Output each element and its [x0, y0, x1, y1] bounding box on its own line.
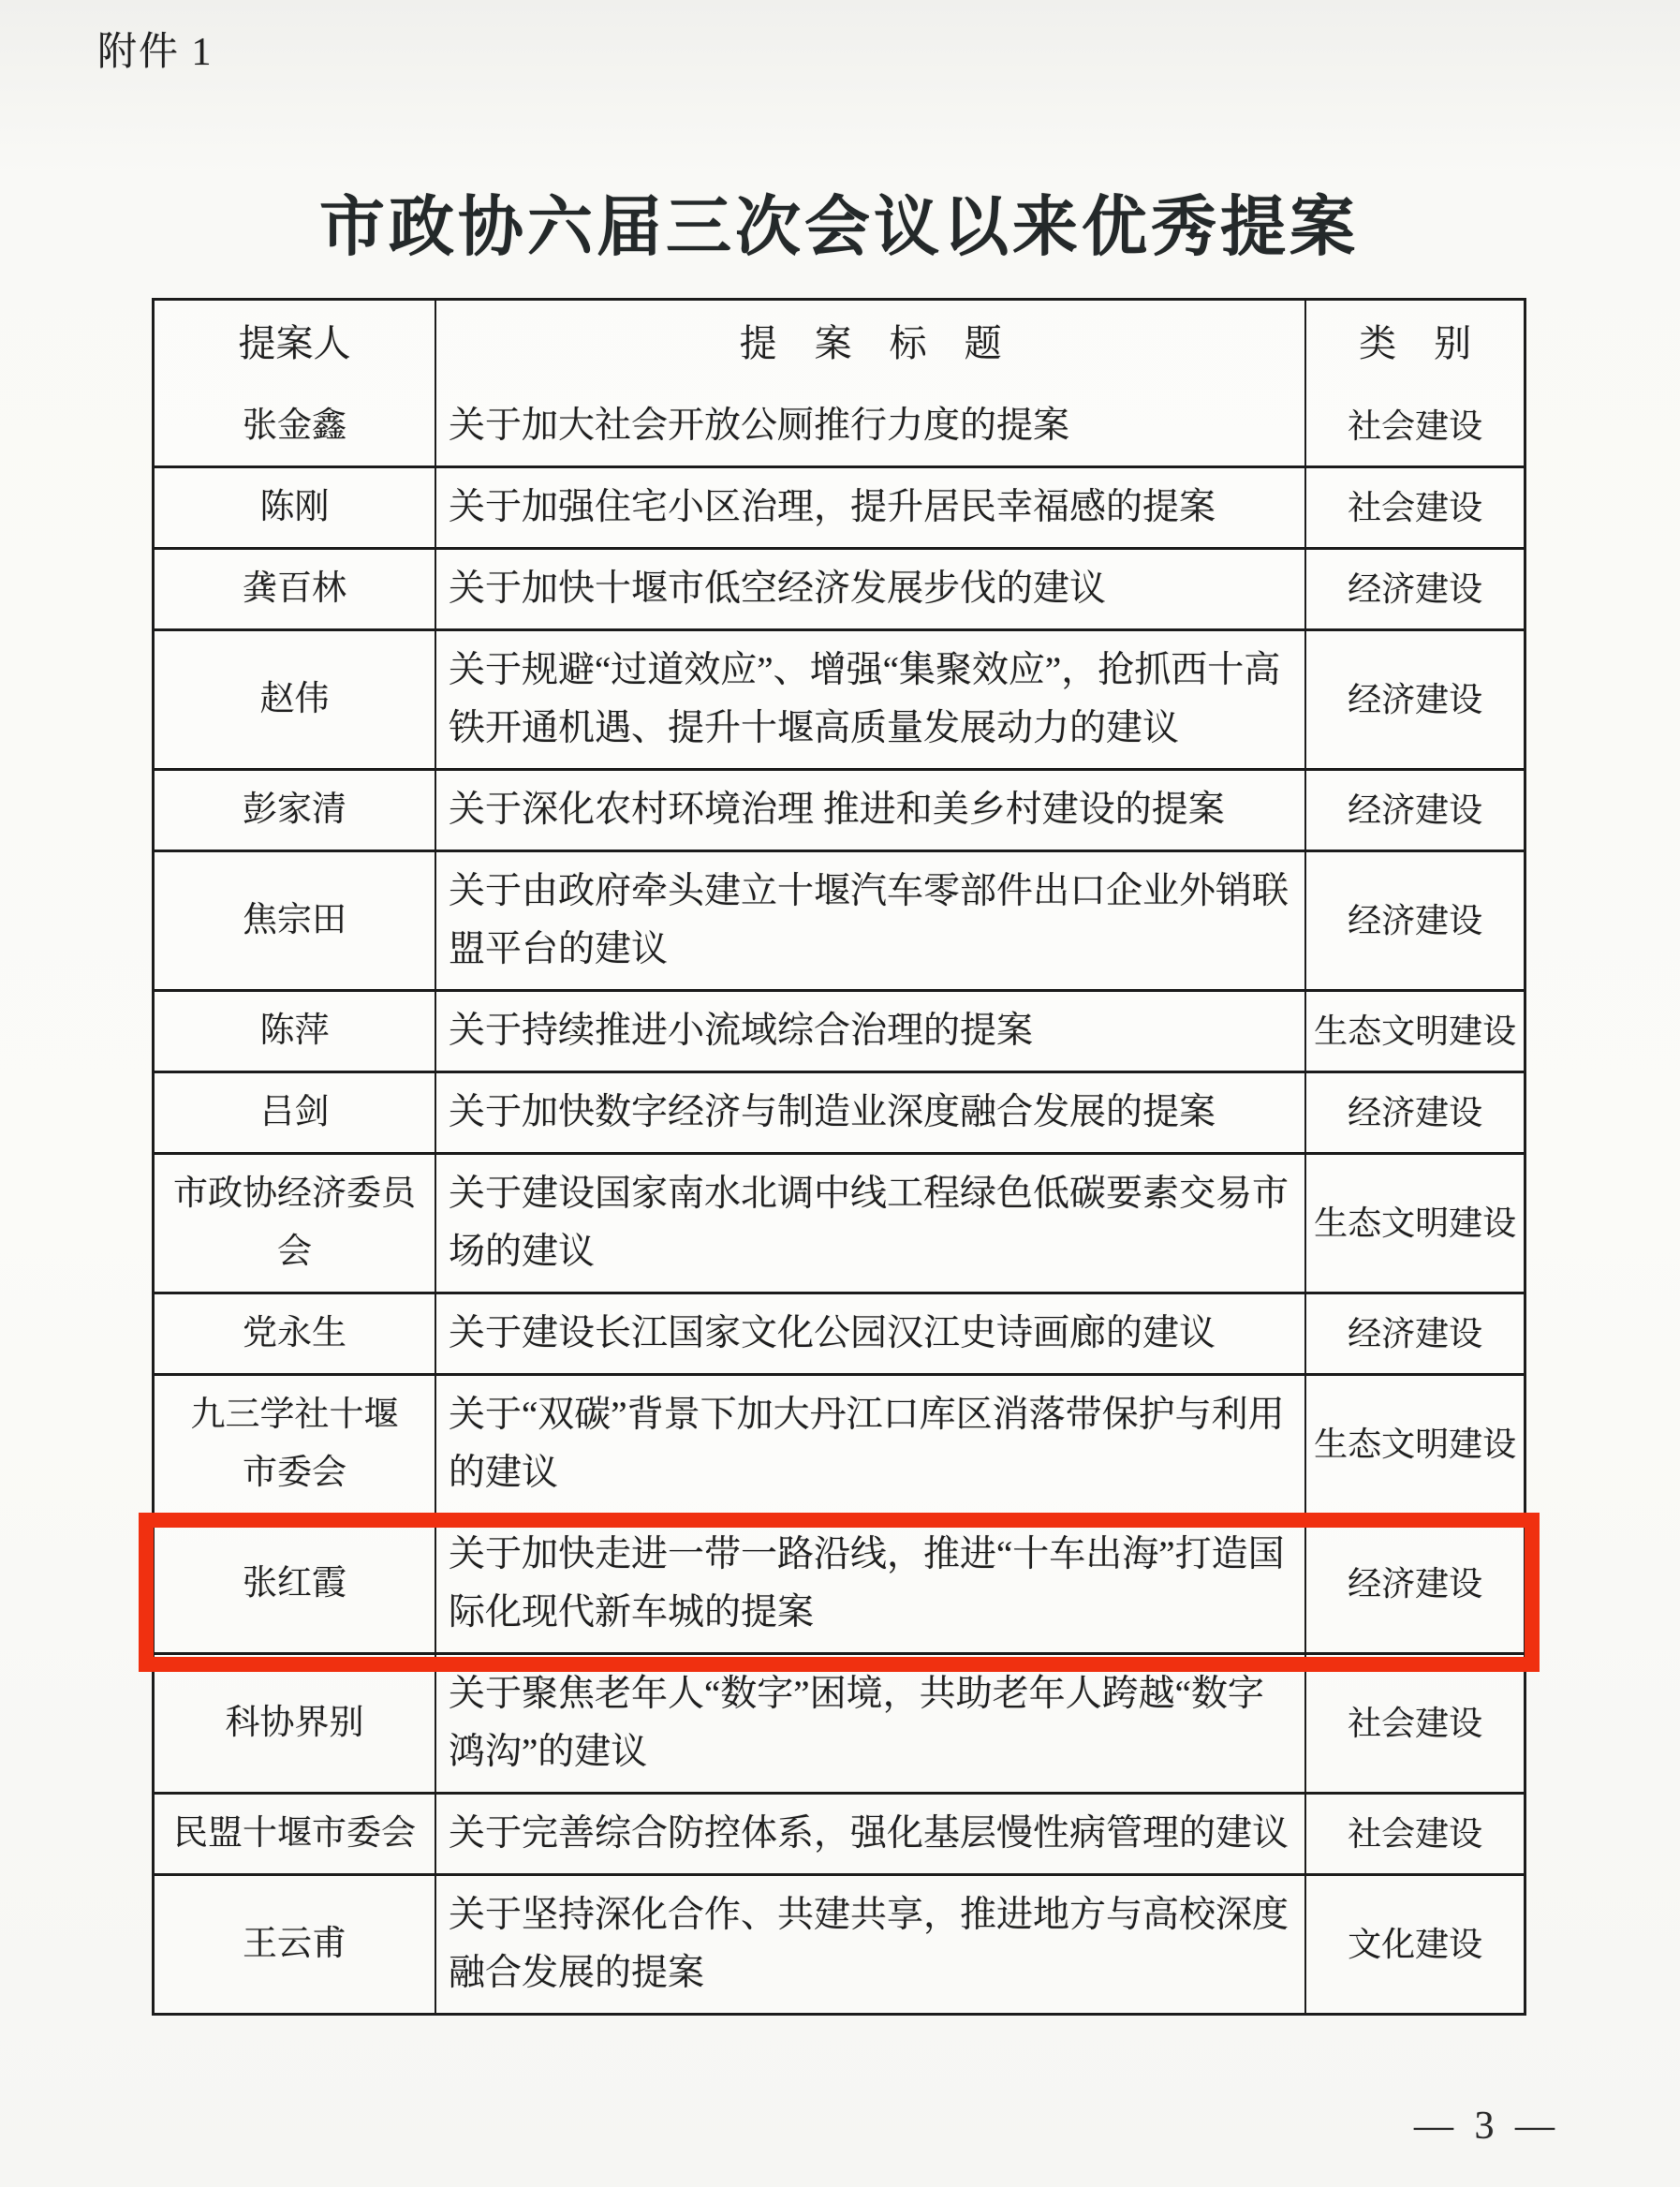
proposer-cell: 张红霞	[155, 1515, 435, 1652]
proposer-cell: 党永生	[155, 1294, 435, 1373]
title-cell: 关于深化农村环境治理 推进和美乡村建设的提案	[435, 771, 1306, 850]
title-cell: 关于建设长江国家文化公园汉江史诗画廊的建议	[435, 1294, 1306, 1373]
header-cell-category: 类 别	[1306, 301, 1524, 387]
category-cell: 社会建设	[1306, 468, 1524, 547]
table-row: 陈萍关于持续推进小流域综合治理的提案生态文明建设	[155, 989, 1524, 1071]
category-cell: 经济建设	[1306, 852, 1524, 989]
category-cell: 经济建设	[1306, 1073, 1524, 1152]
proposer-cell: 张金鑫	[155, 387, 435, 465]
title-cell: 关于“双碳”背景下加大丹江口库区消落带保护与利用的建议	[435, 1376, 1306, 1513]
table-row: 焦宗田关于由政府牵头建立十堰汽车零部件出口企业外销联盟平台的建议经济建设	[155, 850, 1524, 989]
category-cell: 经济建设	[1306, 631, 1524, 768]
proposer-cell: 赵伟	[155, 631, 435, 768]
proposals-table: 提案人 提 案 标 题 类 别 张金鑫关于加大社会开放公厕推行力度的提案社会建设…	[152, 298, 1526, 2016]
proposer-cell: 吕剑	[155, 1073, 435, 1152]
proposer-cell: 陈萍	[155, 992, 435, 1071]
table-row: 市政协经济委员会关于建设国家南水北调中线工程绿色低碳要素交易市场的建议生态文明建…	[155, 1152, 1524, 1292]
title-cell: 关于加快走进一带一路沿线，推进“十车出海”打造国际化现代新车城的提案	[435, 1515, 1306, 1652]
table-row: 张金鑫关于加大社会开放公厕推行力度的提案社会建设	[155, 387, 1524, 465]
category-cell: 生态文明建设	[1306, 1376, 1524, 1513]
proposer-cell: 民盟十堰市委会	[155, 1795, 435, 1873]
table-body: 张金鑫关于加大社会开放公厕推行力度的提案社会建设陈刚关于加强住宅小区治理，提升居…	[155, 387, 1524, 2013]
category-cell: 社会建设	[1306, 1795, 1524, 1873]
title-cell: 关于完善综合防控体系，强化基层慢性病管理的建议	[435, 1795, 1306, 1873]
title-cell: 关于加快十堰市低空经济发展步伐的建议	[435, 550, 1306, 628]
proposer-cell: 焦宗田	[155, 852, 435, 989]
category-cell: 经济建设	[1306, 1294, 1524, 1373]
table-row: 赵伟关于规避“过道效应”、增强“集聚效应”，抢抓西十高铁开通机遇、提升十堰高质量…	[155, 628, 1524, 768]
proposer-cell: 龚百林	[155, 550, 435, 628]
table-row: 彭家清关于深化农村环境治理 推进和美乡村建设的提案经济建设	[155, 768, 1524, 850]
title-cell: 关于加大社会开放公厕推行力度的提案	[435, 387, 1306, 465]
title-cell: 关于建设国家南水北调中线工程绿色低碳要素交易市场的建议	[435, 1155, 1306, 1292]
category-cell: 经济建设	[1306, 1515, 1524, 1652]
table-row: 吕剑关于加快数字经济与制造业深度融合发展的提案经济建设	[155, 1071, 1524, 1152]
table-row: 王云甫关于坚持深化合作、共建共享，推进地方与高校深度融合发展的提案文化建设	[155, 1873, 1524, 2013]
category-cell: 经济建设	[1306, 771, 1524, 850]
title-cell: 关于加快数字经济与制造业深度融合发展的提案	[435, 1073, 1306, 1152]
proposer-cell: 科协界别	[155, 1655, 435, 1792]
proposer-cell: 陈刚	[155, 468, 435, 547]
table-header-row: 提案人 提 案 标 题 类 别	[155, 301, 1524, 387]
title-cell: 关于坚持深化合作、共建共享，推进地方与高校深度融合发展的提案	[435, 1876, 1306, 2013]
table-row: 党永生关于建设长江国家文化公园汉江史诗画廊的建议经济建设	[155, 1292, 1524, 1373]
proposer-cell: 彭家清	[155, 771, 435, 850]
table-row: 张红霞关于加快走进一带一路沿线，推进“十车出海”打造国际化现代新车城的提案经济建…	[155, 1513, 1524, 1652]
title-cell: 关于由政府牵头建立十堰汽车零部件出口企业外销联盟平台的建议	[435, 852, 1306, 989]
header-cell-title: 提 案 标 题	[435, 301, 1306, 387]
table-row: 陈刚关于加强住宅小区治理，提升居民幸福感的提案社会建设	[155, 465, 1524, 547]
title-cell: 关于持续推进小流域综合治理的提案	[435, 992, 1306, 1071]
category-cell: 文化建设	[1306, 1876, 1524, 2013]
category-cell: 生态文明建设	[1306, 1155, 1524, 1292]
category-cell: 社会建设	[1306, 1655, 1524, 1792]
proposer-cell: 王云甫	[155, 1876, 435, 2013]
title-cell: 关于聚焦老年人“数字”困境，共助老年人跨越“数字鸿沟”的建议	[435, 1655, 1306, 1792]
category-cell: 生态文明建设	[1306, 992, 1524, 1071]
header-cell-proposer: 提案人	[155, 301, 435, 387]
attachment-label: 附件 1	[97, 21, 214, 77]
category-cell: 社会建设	[1306, 387, 1524, 465]
document-title: 市政协六届三次会议以来优秀提案	[152, 174, 1526, 269]
title-cell: 关于规避“过道效应”、增强“集聚效应”，抢抓西十高铁开通机遇、提升十堰高质量发展…	[435, 631, 1306, 768]
table-row: 九三学社十堰 市委会关于“双碳”背景下加大丹江口库区消落带保护与利用的建议生态文…	[155, 1373, 1524, 1513]
table-row: 民盟十堰市委会关于完善综合防控体系，强化基层慢性病管理的建议社会建设	[155, 1792, 1524, 1873]
table-row: 科协界别关于聚焦老年人“数字”困境，共助老年人跨越“数字鸿沟”的建议社会建设	[155, 1652, 1524, 1792]
proposer-cell: 九三学社十堰 市委会	[155, 1376, 435, 1513]
proposer-cell: 市政协经济委员会	[155, 1155, 435, 1292]
page-number: — 3 —	[1414, 2104, 1560, 2149]
category-cell: 经济建设	[1306, 550, 1524, 628]
title-cell: 关于加强住宅小区治理，提升居民幸福感的提案	[435, 468, 1306, 547]
table-row: 龚百林关于加快十堰市低空经济发展步伐的建议经济建设	[155, 547, 1524, 628]
document-page: 附件 1 市政协六届三次会议以来优秀提案 提案人 提 案 标 题 类 别 张金鑫…	[0, 0, 1680, 2187]
